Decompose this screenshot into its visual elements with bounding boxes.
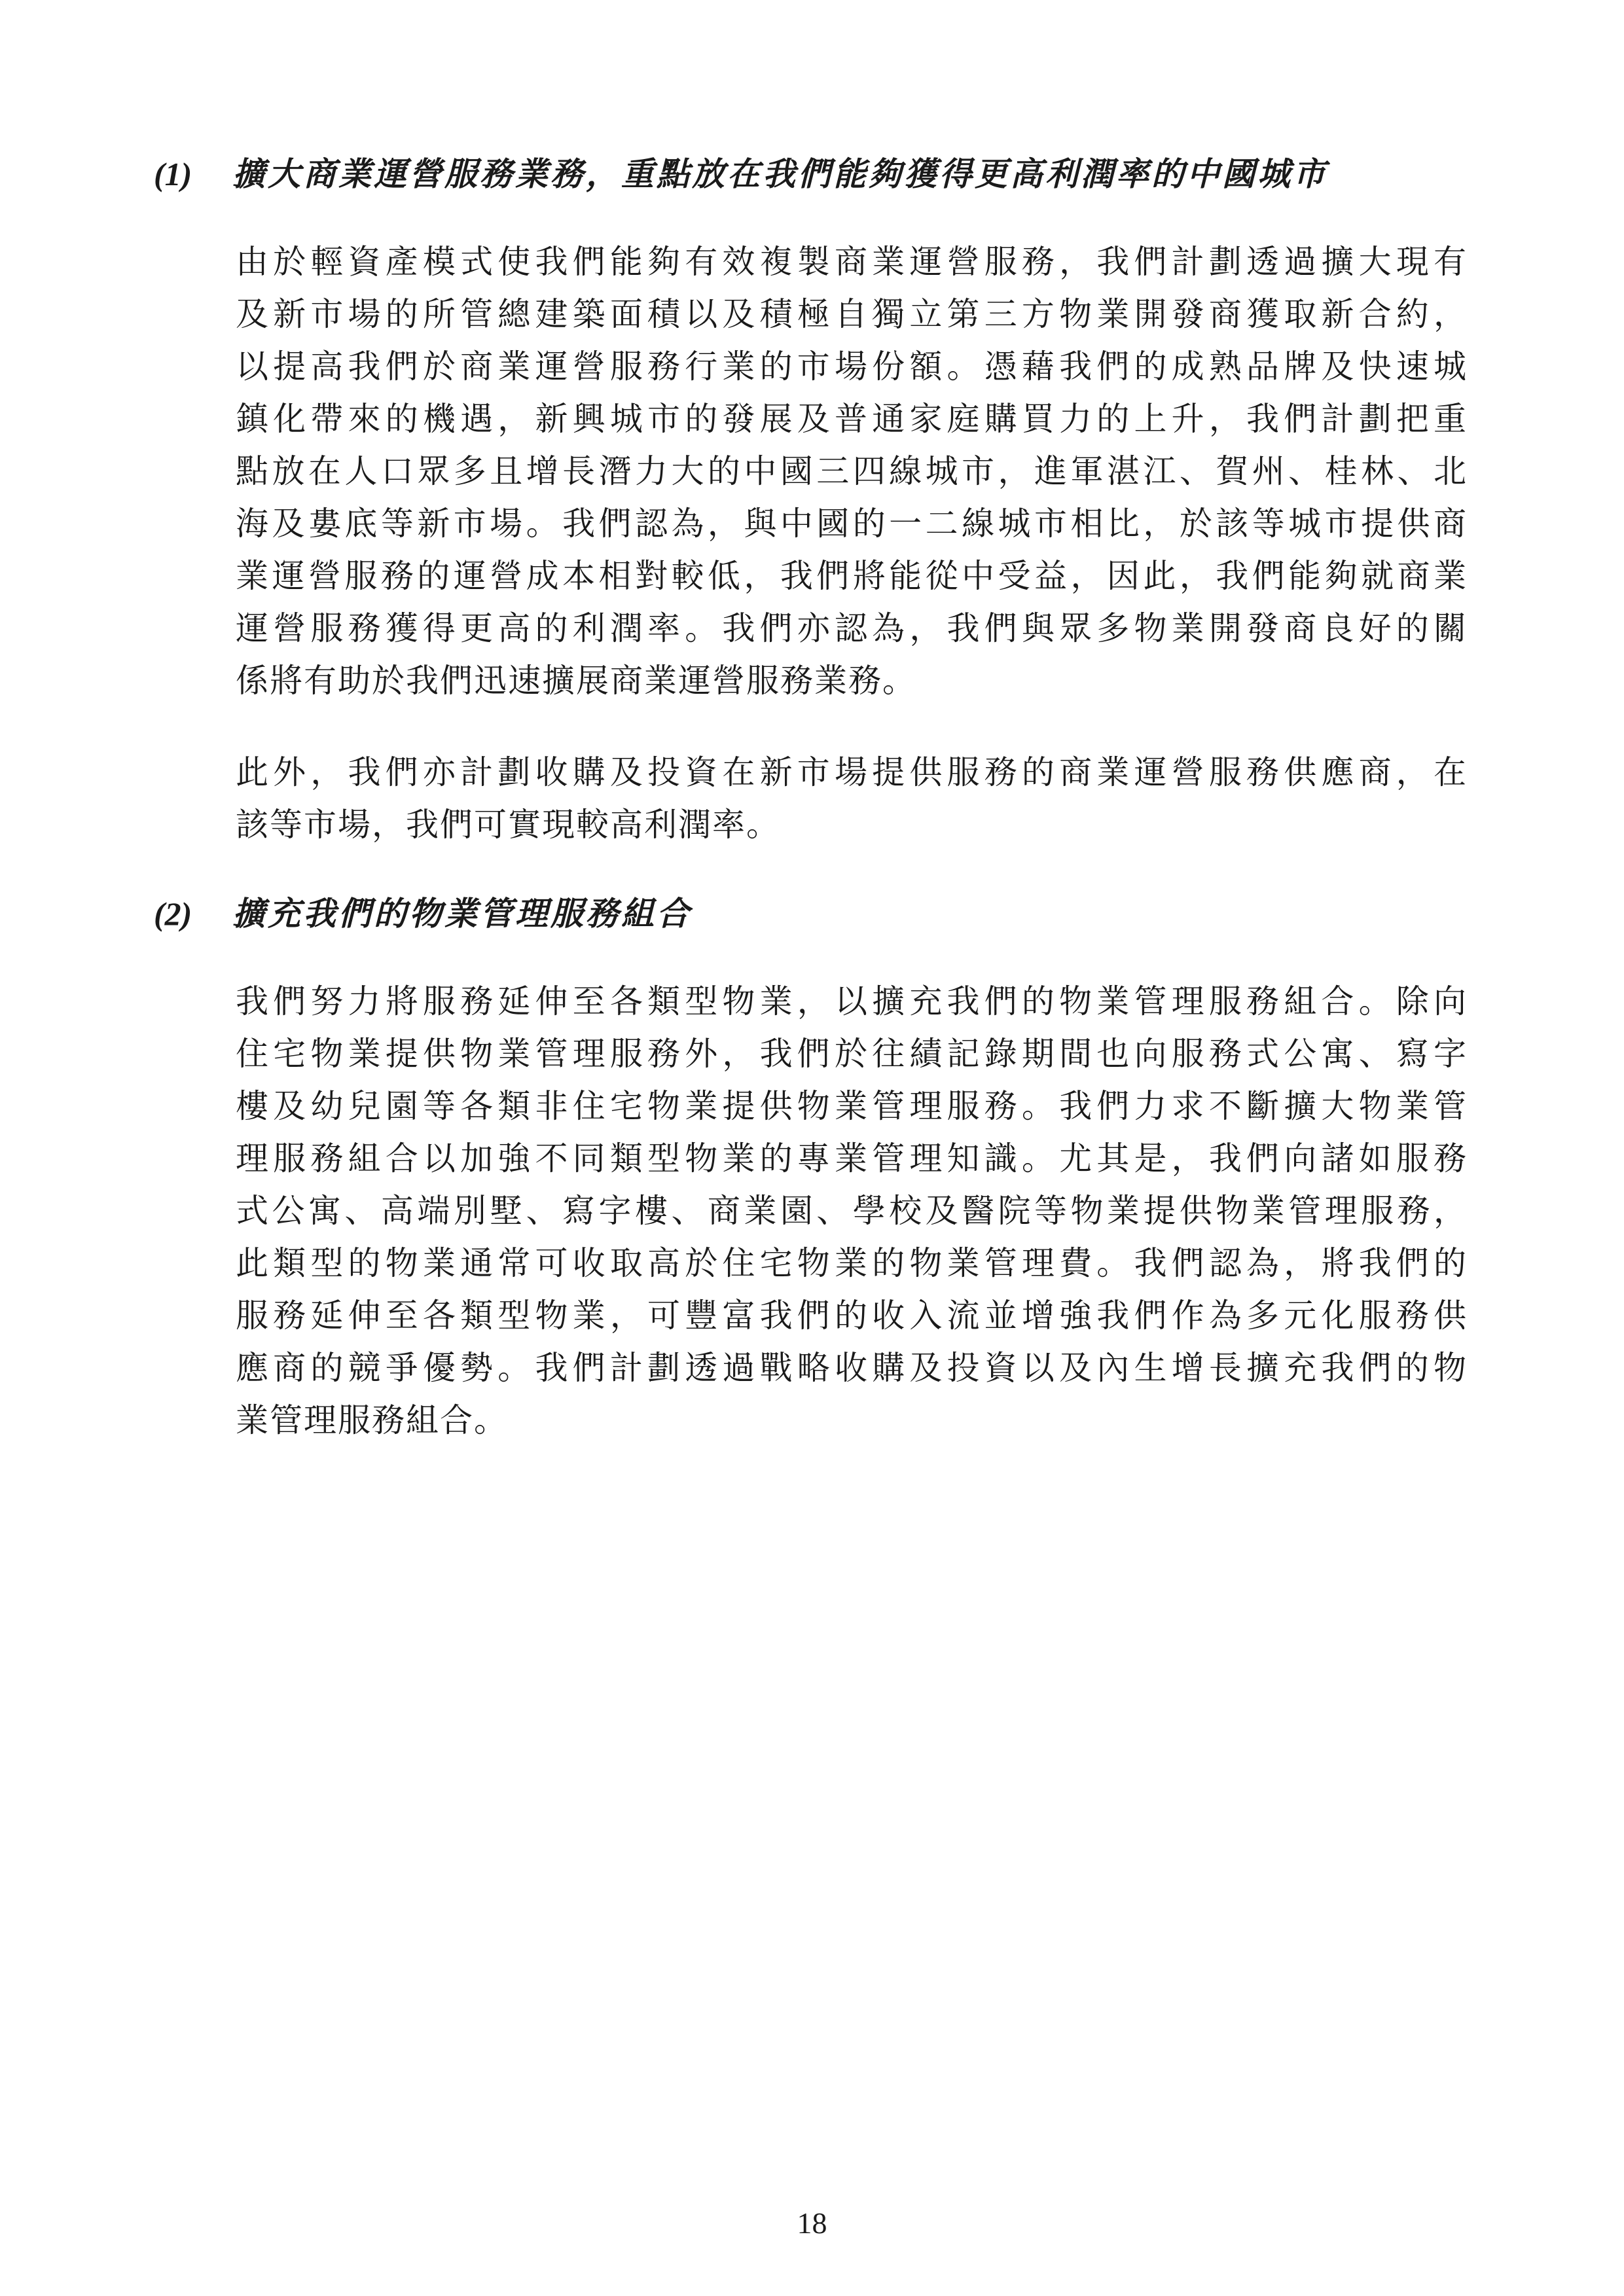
text-line: 及新市場的所管總建築面積以及積極自獨立第三方物業開發商獲取新合約， <box>236 295 1466 347</box>
section-number: (1) <box>154 154 192 194</box>
paragraph: 我們努力將服務延伸至各類型物業，以擴充我們的物業管理服務組合。除向 住宅物業提供… <box>236 982 1466 1453</box>
text-line: 運營服務獲得更高的利潤率。我們亦認為，我們與眾多物業開發商良好的關 <box>236 609 1466 661</box>
text-line: 以提高我們於商業運營服務行業的市場份額。憑藉我們的成熟品牌及快速城 <box>236 347 1466 399</box>
text-line: 業管理服務組合。 <box>236 1401 1466 1453</box>
text-line: 鎮化帶來的機遇，新興城市的發展及普通家庭購買力的上升，我們計劃把重 <box>236 399 1466 452</box>
paragraph: 此外，我們亦計劃收購及投資在新市場提供服務的商業運營服務供應商，在 該等市場，我… <box>236 753 1466 857</box>
page-number: 18 <box>0 2207 1624 2240</box>
text-line: 應商的競爭優勢。我們計劃透過戰略收購及投資以及內生增長擴充我們的物 <box>236 1348 1466 1401</box>
text-line: 此外，我們亦計劃收購及投資在新市場提供服務的商業運營服務供應商，在 <box>236 753 1466 805</box>
paragraph: 由於輕資產模式使我們能夠有效複製商業運營服務，我們計劃透過擴大現有 及新市場的所… <box>236 242 1466 713</box>
document-page: (1) 擴大商業運營服務業務，重點放在我們能夠獲得更高利潤率的中國城市 由於輕資… <box>0 0 1624 2296</box>
text-line: 住宅物業提供物業管理服務外，我們於往績記錄期間也向服務式公寓、寫字 <box>236 1034 1466 1086</box>
text-line: 該等市場，我們可實現較高利潤率。 <box>236 805 1466 857</box>
text-line: 式公寓、高端別墅、寫字樓、商業園、學校及醫院等物業提供物業管理服務， <box>236 1191 1466 1244</box>
text-line: 由於輕資產模式使我們能夠有效複製商業運營服務，我們計劃透過擴大現有 <box>236 242 1466 295</box>
text-line: 業運營服務的運營成本相對較低，我們將能從中受益，因此，我們能夠就商業 <box>236 556 1466 609</box>
text-line: 理服務組合以加強不同類型物業的專業管理知識。尤其是，我們向諸如服務 <box>236 1139 1466 1191</box>
text-line: 樓及幼兒園等各類非住宅物業提供物業管理服務。我們力求不斷擴大物業管 <box>236 1086 1466 1139</box>
section-title: 擴大商業運營服務業務，重點放在我們能夠獲得更高利潤率的中國城市 <box>232 154 1328 194</box>
section-number: (2) <box>154 894 192 933</box>
section-title: 擴充我們的物業管理服務組合 <box>232 894 692 933</box>
text-line: 我們努力將服務延伸至各類型物業，以擴充我們的物業管理服務組合。除向 <box>236 982 1466 1034</box>
text-line: 此類型的物業通常可收取高於住宅物業的物業管理費。我們認為，將我們的 <box>236 1244 1466 1296</box>
text-line: 點放在人口眾多且增長潛力大的中國三四線城市，進軍湛江、賀州、桂林、北 <box>236 452 1466 504</box>
text-line: 海及婁底等新市場。我們認為，與中國的一二線城市相比，於該等城市提供商 <box>236 504 1466 556</box>
text-line: 係將有助於我們迅速擴展商業運營服務業務。 <box>236 661 1466 713</box>
text-line: 服務延伸至各類型物業，可豐富我們的收入流並增強我們作為多元化服務供 <box>236 1296 1466 1348</box>
